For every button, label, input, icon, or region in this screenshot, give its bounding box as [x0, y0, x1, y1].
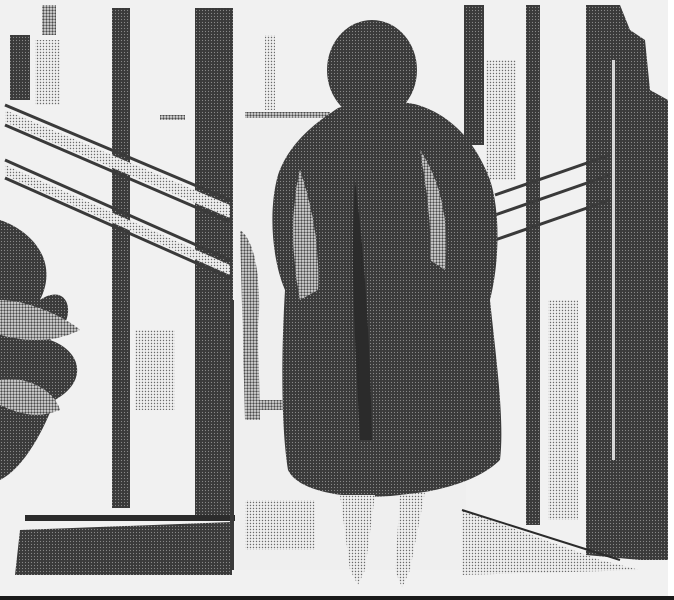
page-margin — [668, 0, 674, 600]
halftone-illustration — [0, 0, 674, 600]
right-window-frames — [464, 5, 668, 560]
potted-plant — [0, 220, 80, 480]
bottom-rule — [0, 596, 674, 600]
illustration-frame — [0, 0, 674, 600]
